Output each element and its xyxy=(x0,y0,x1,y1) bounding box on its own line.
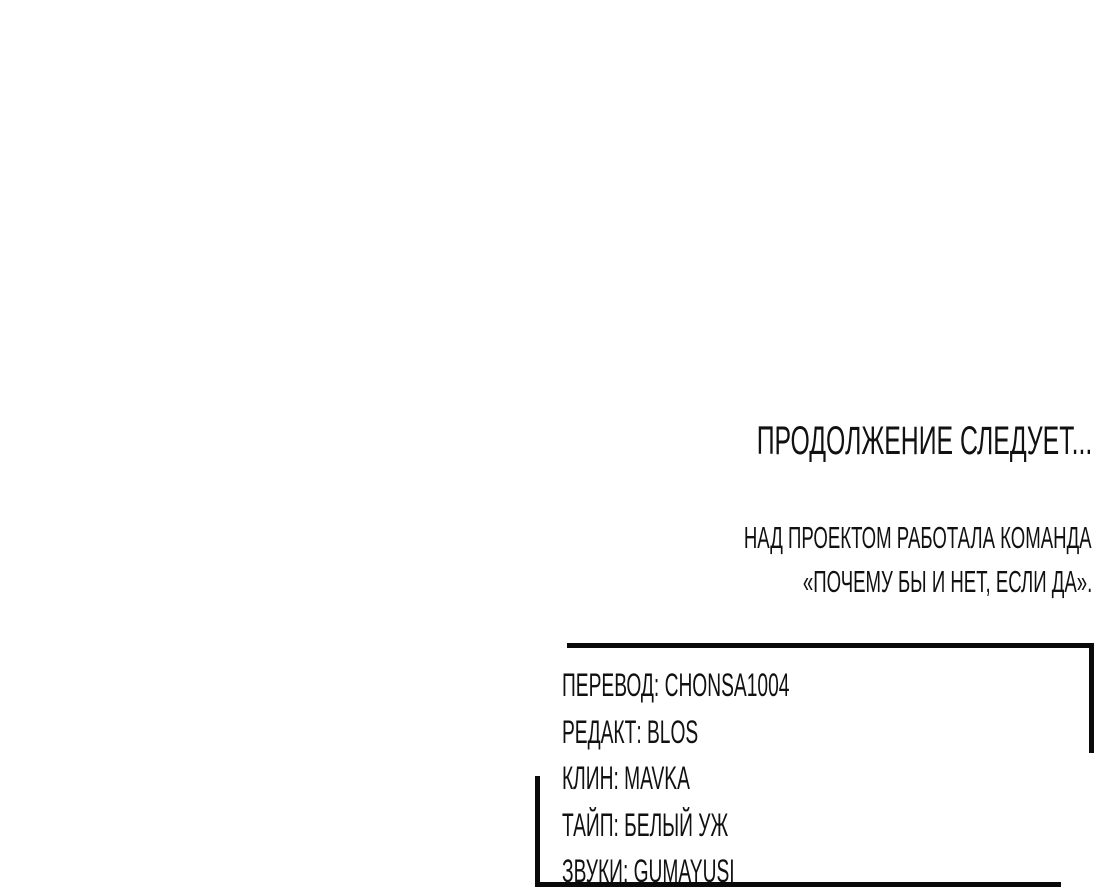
credit-typesetting: Тайп: Белый уж xyxy=(562,802,789,849)
credit-sound-effects: Звуки: GUMAYUSI xyxy=(562,848,789,895)
team-credit-line: Над проектом работала команда xyxy=(744,520,1092,556)
credits-list: Перевод: CHONSA1004 Редакт: BLOS Клин: M… xyxy=(562,662,941,895)
frame-right-line xyxy=(1089,643,1094,753)
credit-cleaning: Клин: MAVKA xyxy=(562,755,789,802)
to-be-continued-text: Продолжение следует... xyxy=(756,418,1092,464)
faint-watermark xyxy=(480,604,510,644)
frame-top-line xyxy=(567,643,1094,648)
comic-end-page: Продолжение следует... Над проектом рабо… xyxy=(0,0,1100,895)
frame-left-line xyxy=(535,776,540,887)
credit-editing: Редакт: BLOS xyxy=(562,709,789,756)
team-name-line: «Почему бы и нет, если да». xyxy=(803,564,1092,600)
credit-translation: Перевод: CHONSA1004 xyxy=(562,662,789,709)
